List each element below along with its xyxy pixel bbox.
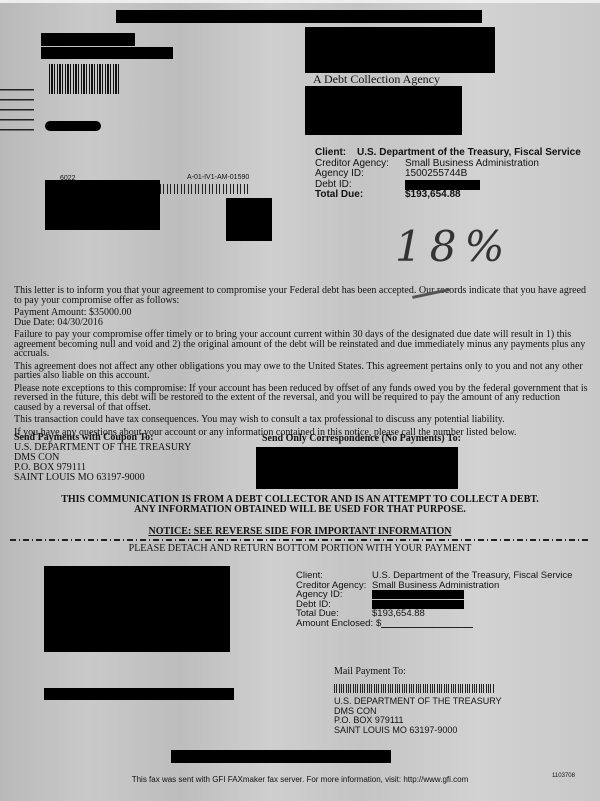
due-date: Due Date: 04/30/2016 (14, 318, 588, 328)
amount-enclosed-row: Amount Enclosed: $ (296, 619, 572, 629)
letter-paragraph: This agreement does not affect any other… (14, 362, 588, 381)
agency-tagline: A Debt Collection Agency (313, 72, 440, 87)
redaction-bar (116, 10, 482, 23)
collector-notice: THIS COMMUNICATION IS FROM A DEBT COLLEC… (0, 495, 600, 515)
fax-footer: This fax was sent with GFI FAXmaker fax … (0, 775, 600, 784)
detach-line (10, 539, 590, 541)
redaction-bar (41, 47, 173, 59)
agency-id-row: Agency ID: (296, 590, 572, 600)
code-id: A-01-IV1-AM-01590 (187, 174, 249, 181)
redaction-bar (226, 198, 272, 241)
redaction-bar (256, 447, 458, 489)
amount-enclosed-field[interactable] (381, 619, 473, 628)
detach-instruction: PLEASE DETACH AND RETURN BOTTOM PORTION … (0, 543, 600, 554)
page-edge (0, 0, 600, 3)
redaction-bar (405, 180, 480, 190)
send-payments-address: Send Payments with Coupon To: U.S. DEPAR… (14, 433, 191, 483)
handwritten-note: 18% (395, 222, 512, 271)
redaction-bar (171, 750, 391, 763)
redaction-bar (45, 180, 160, 230)
letter-paragraph: Failure to pay your compromise offer tim… (14, 330, 588, 359)
redaction-mark (45, 121, 101, 131)
letter-body: This letter is to inform you that your a… (14, 286, 588, 440)
redaction-bar (44, 688, 234, 700)
fax-id: 1103708 (552, 773, 575, 779)
mail-payment-heading: Mail Payment To: (334, 666, 406, 677)
redaction-bar (372, 590, 464, 599)
mail-payment-address: U.S. DEPARTMENT OF THE TREASURY DMS CON … (334, 697, 502, 735)
client-info-top: Client: U.S. Department of the Treasury,… (315, 148, 581, 201)
letter-paragraph: This transaction could have tax conseque… (14, 415, 588, 425)
letter-paragraph: This letter is to inform you that your a… (14, 286, 588, 305)
letter-paragraph: Please note exceptions to this compromis… (14, 384, 588, 413)
redaction-bar (44, 566, 230, 652)
scan-lines (0, 82, 34, 134)
correspondence-heading: Send Only Correspondence (No Payments) T… (262, 433, 461, 444)
coupon-client-info: Client: U.S. Department of the Treasury,… (296, 571, 572, 628)
agency-id-row: Agency ID: 1500255744B (315, 169, 581, 180)
redaction-bar (41, 33, 135, 46)
postal-barcode (160, 184, 248, 194)
reverse-side-notice: NOTICE: SEE REVERSE SIDE FOR IMPORTANT I… (0, 526, 600, 537)
barcode (49, 64, 121, 94)
redaction-bar (305, 27, 495, 73)
client-row: Client: U.S. Department of the Treasury,… (315, 148, 581, 159)
postal-barcode (334, 684, 494, 693)
total-due-row: Total Due: $193,654.88 (315, 190, 581, 201)
redaction-bar (305, 86, 462, 135)
